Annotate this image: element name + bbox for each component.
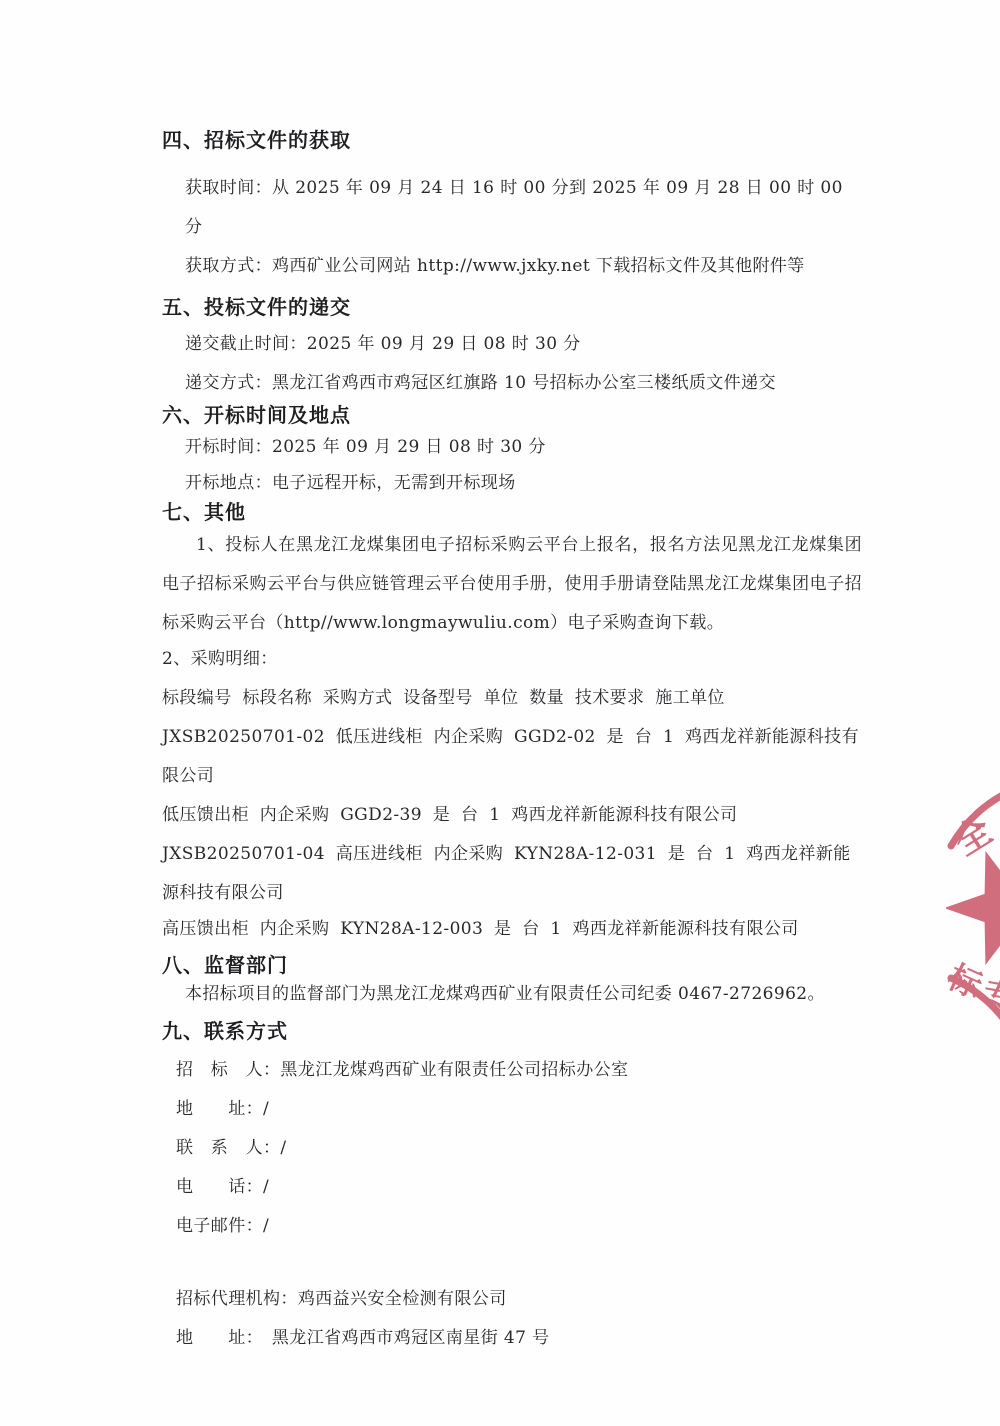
agency-name-row: 招标代理机构：鸡西益兴安全检测有限公司 (162, 1280, 862, 1319)
contact-row-address: 地 址：/ (162, 1090, 862, 1129)
document-content: 四、招标文件的获取 获取时间：从 2025 年 09 月 24 日 16 时 0… (162, 121, 862, 1358)
agency-address-row: 地 址： 黑龙江省鸡西市鸡冠区南星街 47 号 (162, 1319, 862, 1358)
official-seal-partial: 全 标 专 (946, 778, 1000, 1040)
section-heading-acquisition: 四、招标文件的获取 (162, 121, 862, 160)
document-page: 四、招标文件的获取 获取时间：从 2025 年 09 月 24 日 16 时 0… (0, 0, 1000, 1426)
procurement-detail-intro: 2、采购明细： (162, 640, 862, 679)
procurement-table-row: 低压馈出柜 内企采购 GGD2-39 是 台 1 鸡西龙祥新能源科技有限公司 (162, 796, 862, 835)
contact-value: / (280, 1138, 286, 1158)
contact-row-tenderer: 招 标 人：黑龙江龙煤鸡西矿业有限责任公司招标办公室 (162, 1051, 862, 1090)
contact-value: 黑龙江龙煤鸡西矿业有限责任公司招标办公室 (280, 1060, 628, 1080)
agency-address-label: 地 址： (176, 1328, 255, 1348)
contact-value: / (263, 1177, 269, 1197)
submission-deadline-line: 递交截止时间：2025 年 09 月 29 日 08 时 30 分 (162, 325, 862, 364)
contact-row-phone: 电 话：/ (162, 1168, 862, 1207)
procurement-table-row: 高压馈出柜 内企采购 KYN28A-12-003 是 台 1 鸡西龙祥新能源科技… (162, 910, 862, 949)
section-heading-contact: 九、联系方式 (162, 1012, 862, 1051)
agency-name-label: 招标代理机构： (176, 1289, 298, 1309)
agency-address-value: 黑龙江省鸡西市鸡冠区南星街 47 号 (255, 1328, 550, 1348)
contact-label: 招 标 人： (176, 1060, 280, 1080)
contact-value: / (263, 1216, 269, 1236)
supervision-text: 本招标项目的监督部门为黑龙江龙煤鸡西矿业有限责任公司纪委 0467-272696… (162, 975, 862, 1014)
other-paragraph: 1、投标人在黑龙江龙煤集团电子招标采购云平台上报名，报名方法见黑龙江龙煤集团电子… (162, 526, 862, 643)
contact-label: 联 系 人： (176, 1138, 280, 1158)
procurement-table-header: 标段编号 标段名称 采购方式 设备型号 单位 数量 技术要求 施工单位 (162, 679, 862, 718)
contact-label: 地 址： (176, 1099, 263, 1119)
procurement-table-row: JXSB20250701-04 高压进线柜 内企采购 KYN28A-12-031… (162, 835, 862, 913)
contact-row-email: 电子邮件：/ (162, 1207, 862, 1246)
acquisition-method-line: 获取方式：鸡西矿业公司网站 http://www.jxky.net 下载招标文件… (162, 247, 862, 286)
acquisition-time-line: 获取时间：从 2025 年 09 月 24 日 16 时 00 分到 2025 … (162, 169, 862, 247)
contact-label: 电子邮件： (176, 1216, 263, 1236)
contact-label: 电 话： (176, 1177, 263, 1197)
contact-row-person: 联 系 人：/ (162, 1129, 862, 1168)
agency-name-value: 鸡西益兴安全检测有限公司 (298, 1289, 507, 1309)
contact-value: / (263, 1099, 269, 1119)
opening-time-line: 开标时间：2025 年 09 月 29 日 08 时 30 分 (162, 428, 862, 467)
procurement-table-row: JXSB20250701-02 低压进线柜 内企采购 GGD2-02 是 台 1… (162, 718, 862, 796)
seal-char-top: 全 (947, 810, 999, 864)
section-heading-submission: 五、投标文件的递交 (162, 288, 862, 327)
